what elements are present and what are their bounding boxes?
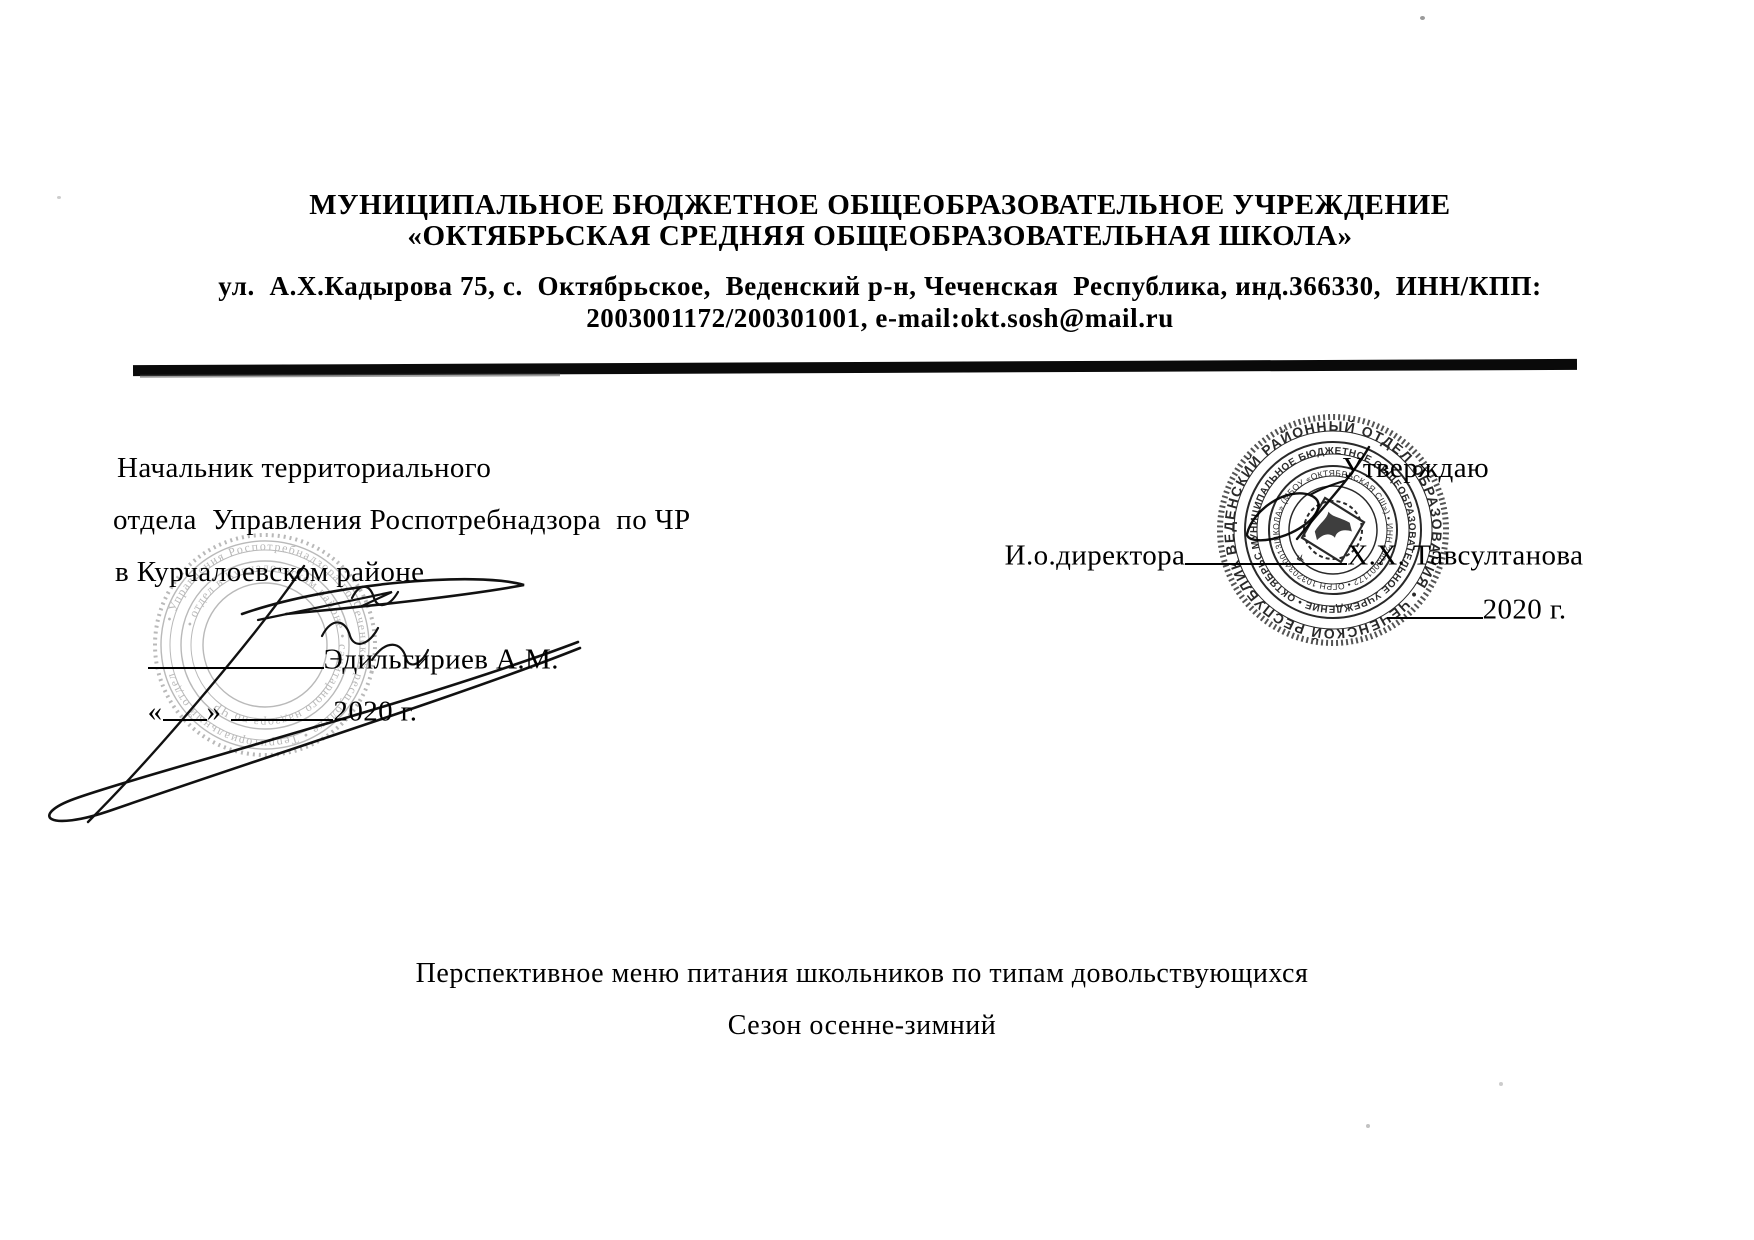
left-date-year: 2020 г.: [333, 696, 417, 728]
scan-speck: [1420, 16, 1425, 20]
season-subtitle: Сезон осенне-зимний: [0, 1010, 1724, 1042]
scan-speck: [57, 196, 61, 199]
left-approval-line2: отдела Управления Роспотребнадзора по ЧР: [113, 504, 691, 537]
date-day-line: [163, 689, 207, 721]
left-approval-line3: в Курчалоевском районе: [115, 556, 424, 589]
org-name-line2: «ОКТЯБРЬСКАЯ СРЕДНЯЯ ОБЩЕОБРАЗОВАТЕЛЬНАЯ…: [0, 221, 1754, 252]
scanned-document-page: МУНИЦИПАЛЬНОЕ БЮДЖЕТНОЕ ОБЩЕОБРАЗОВАТЕЛЬ…: [0, 0, 1754, 1240]
date-month-line: [231, 689, 333, 721]
right-date-year: 2020 г.: [1483, 594, 1567, 626]
document-title: Перспективное меню питания школьников по…: [0, 958, 1724, 990]
left-date-row: «»2020 г.: [117, 656, 417, 762]
org-name-line1: МУНИЦИПАЛЬНОЕ БЮДЖЕТНОЕ ОБЩЕОБРАЗОВАТЕЛЬ…: [0, 190, 1754, 221]
scan-speck: [1499, 1082, 1503, 1086]
org-address-line2: 2003001172/200301001, e-mail:okt.sosh@ma…: [0, 303, 1754, 334]
quote-open: «: [148, 696, 163, 728]
quote-close: »: [207, 696, 222, 728]
director-signature-line: [1185, 533, 1347, 565]
left-signature-scribble1: [352, 587, 398, 605]
separator-rule-smear: [140, 373, 560, 377]
approve-label: Утверждаю: [1342, 452, 1489, 485]
director-position-label: И.о.директора: [1005, 540, 1186, 572]
org-address-line1: ул. А.Х.Кадырова 75, с. Октябрьское, Вед…: [0, 271, 1754, 302]
left-approval-line1: Начальник территориального: [117, 452, 491, 485]
scan-speck: [1366, 1124, 1370, 1128]
right-signature-tail: [1310, 481, 1344, 495]
right-date-row: 2020 г.: [1356, 554, 1567, 660]
right-date-line: [1387, 587, 1483, 619]
